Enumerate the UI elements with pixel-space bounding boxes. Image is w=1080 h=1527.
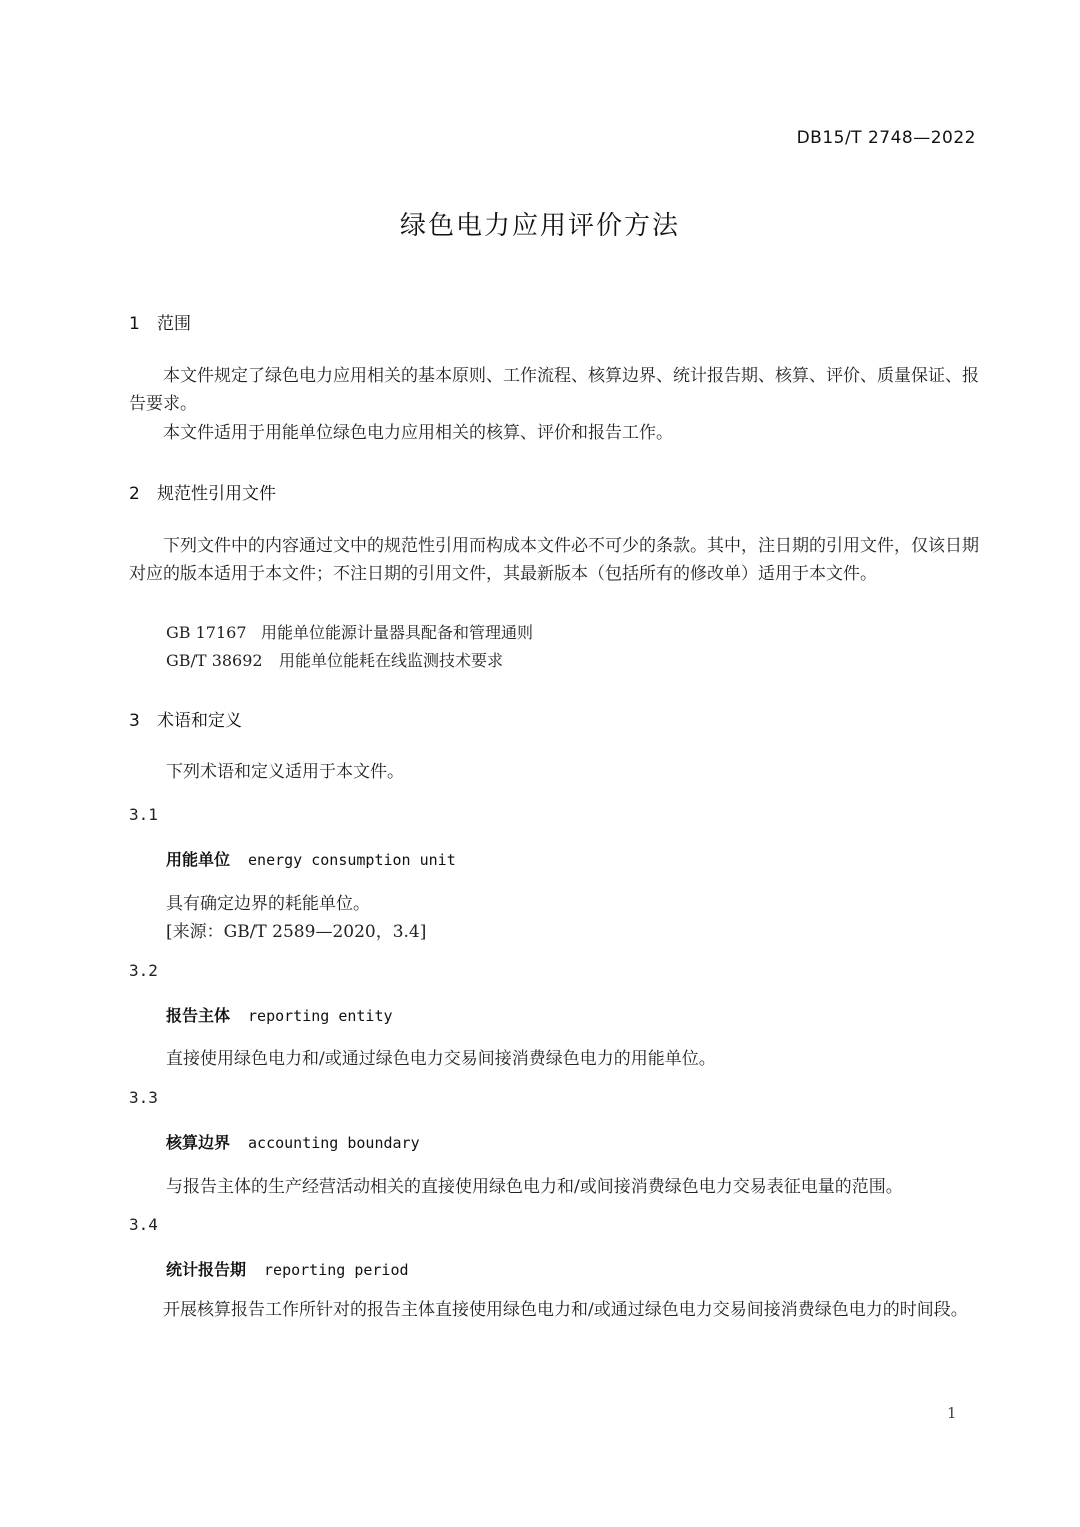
section-title: 术语和定义 [157,711,242,731]
term-en: energy consumption unit [248,851,456,869]
term-en: reporting period [264,1261,409,1279]
terms-intro-paragraph: 下列术语和定义适用于本文件。 [166,758,404,786]
section-number: 2 [129,484,157,504]
term-zh: 核算边界 [166,1133,230,1152]
term-definition: 直接使用绿色电力和/或通过绿色电力交易间接消费绿色电力的用能单位。 [166,1044,716,1069]
scope-paragraph-1: 本文件规定了绿色电力应用相关的基本原则、工作流程、核算边界、统计报告期、核算、评… [129,362,979,418]
term-source: [来源：GB/T 2589—2020，3.4] [166,917,426,942]
section-title: 规范性引用文件 [157,484,276,504]
clause-number: 3.2 [129,961,158,980]
term-entry: 报告主体reporting entity [166,1003,393,1026]
page-number: 1 [947,1404,957,1422]
scope-paragraph-2: 本文件适用于用能单位绿色电力应用相关的核算、评价和报告工作。 [129,419,979,447]
references-intro-paragraph: 下列文件中的内容通过文中的规范性引用而构成本文件必不可少的条款。其中，注日期的引… [129,532,979,588]
term-definition: 具有确定边界的耗能单位。 [166,889,370,914]
reference-code: GB 17167 [166,623,261,642]
term-en: accounting boundary [248,1134,420,1152]
term-entry: 核算边界accounting boundary [166,1130,420,1153]
clause-number: 3.3 [129,1088,158,1107]
term-zh: 用能单位 [166,850,230,869]
section-heading-terms-definitions: 3术语和定义 [129,706,242,731]
standard-number: DB15/T 2748—2022 [797,128,976,148]
document-title: 绿色电力应用评价方法 [0,205,1080,242]
term-entry: 统计报告期reporting period [166,1257,409,1280]
clause-number: 3.1 [129,805,158,824]
reference-title: 用能单位能源计量器具配备和管理通则 [261,623,533,642]
section-title: 范围 [157,314,191,334]
term-definition: 与报告主体的生产经营活动相关的直接使用绿色电力和/或间接消费绿色电力交易表征电量… [166,1172,903,1197]
section-heading-scope: 1范围 [129,309,191,334]
section-heading-normative-references: 2规范性引用文件 [129,479,276,504]
reference-item: GB/T 38692用能单位能耗在线监测技术要求 [166,648,503,671]
reference-title: 用能单位能耗在线监测技术要求 [279,651,503,670]
section-number: 1 [129,314,157,334]
term-entry: 用能单位energy consumption unit [166,847,456,870]
reference-code: GB/T 38692 [166,651,279,670]
clause-number: 3.4 [129,1215,158,1234]
reference-item: GB 17167用能单位能源计量器具配备和管理通则 [166,620,533,643]
section-number: 3 [129,711,157,731]
term-zh: 统计报告期 [166,1260,246,1279]
term-en: reporting entity [248,1007,393,1025]
term-definition: 开展核算报告工作所针对的报告主体直接使用绿色电力和/或通过绿色电力交易间接消费绿… [129,1296,979,1324]
term-zh: 报告主体 [166,1006,230,1025]
